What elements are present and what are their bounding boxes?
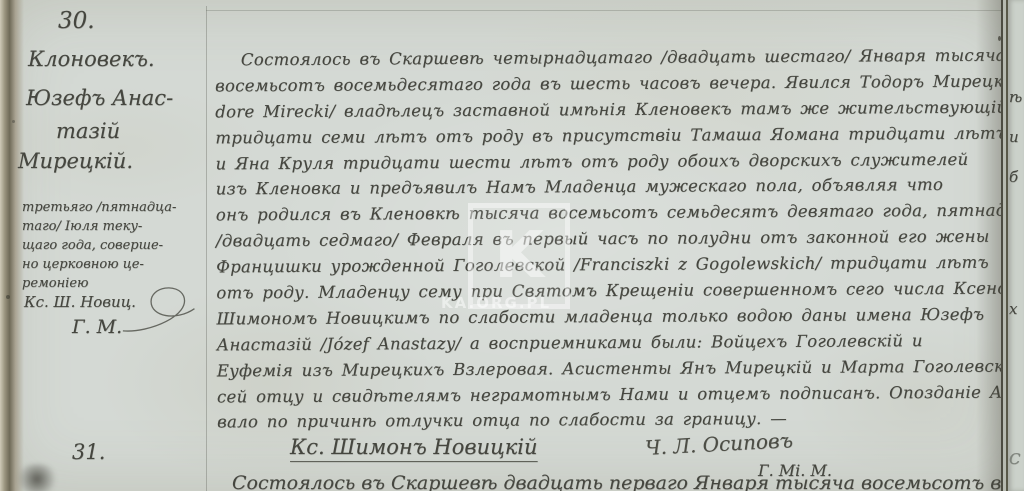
act-text-line: сей отцу и свидѣтелямъ неграмотнымъ Нами… xyxy=(217,379,1009,410)
margin-child-surname: Мирецкій. xyxy=(18,149,133,173)
paper-speck xyxy=(12,120,15,123)
adjacent-text-fragment: х xyxy=(1009,300,1017,318)
margin-initials: Г. М. xyxy=(72,316,122,338)
adjacent-text-fragment: С xyxy=(1009,450,1020,468)
margin-annotation-line: но церковною це- xyxy=(22,255,176,274)
adjacent-page-sliver: ѣ и б х С xyxy=(1008,0,1024,491)
act-text-line: вало по причинѣ отлучки отца по слабости… xyxy=(217,405,1009,436)
margin-annotation-line: третьяго /пятнадца- xyxy=(22,198,176,217)
margin-annotation-line: таго/ Іюля теку- xyxy=(22,217,176,236)
page-gutter-shadow xyxy=(976,0,1002,491)
margin-annotation-line: щаго года, соверше- xyxy=(22,236,176,255)
margin-annotation: третьяго /пятнадца- таго/ Іюля теку- щаг… xyxy=(22,198,176,293)
record-number-31: 31. xyxy=(72,440,105,464)
signature-flourish xyxy=(113,279,199,338)
adjacent-text-fragment: ѣ xyxy=(1009,88,1022,106)
priest-signature: Кс. Шимонъ Новицкій xyxy=(290,435,538,459)
adjacent-text-fragment: б xyxy=(1009,168,1018,186)
ink-smudge xyxy=(14,464,60,491)
paper-speck xyxy=(6,295,10,299)
margin-column-rule xyxy=(206,6,207,491)
book-binding-edge xyxy=(0,0,24,491)
top-ruled-line xyxy=(206,10,1002,11)
register-scan-page: ѣ и б х С 30. Клоновекъ. Юзефъ Анас- таз… xyxy=(0,0,1024,491)
margin-child-name-line: Юзефъ Анас- xyxy=(26,86,173,110)
adjacent-text-fragment: и xyxy=(1009,128,1019,146)
next-record-opening-line: Состоялось въ Скаршевѣ двадцать перваго … xyxy=(232,472,1024,491)
record-number-30: 30. xyxy=(58,8,95,34)
margin-child-name-line: тазій xyxy=(56,119,120,143)
margin-place-name: Клоновекъ. xyxy=(28,47,155,71)
act-text-block: Состоялось въ Скаршевѣ четырнадцатаго /д… xyxy=(215,43,1009,436)
